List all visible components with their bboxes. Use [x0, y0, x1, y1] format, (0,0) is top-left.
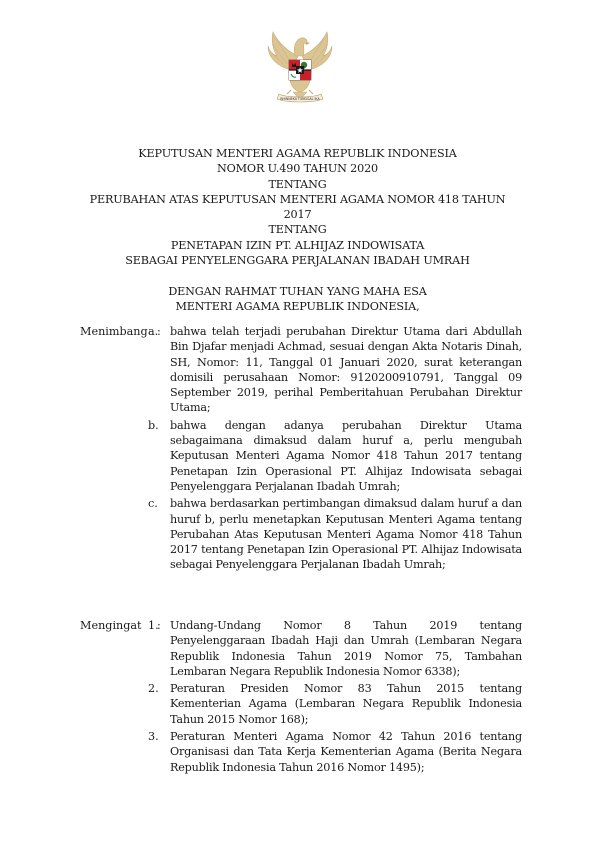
opening-line: MENTERI AGAMA REPUBLIK INDONESIA, — [60, 299, 535, 314]
item-marker: b. — [148, 418, 159, 433]
consideration-item: a. bahwa telah terjadi perubahan Direktu… — [170, 324, 522, 416]
consideration-item: c. bahwa berdasarkan pertimbangan dimaks… — [170, 496, 522, 572]
item-text: bahwa dengan adanya perubahan Direktur U… — [170, 418, 522, 494]
section-label: Mengingat — [80, 618, 142, 633]
title-line: NOMOR U.490 TAHUN 2020 — [60, 161, 535, 176]
opening-line: DENGAN RAHMAT TUHAN YANG MAHA ESA — [60, 284, 535, 299]
title-line: PENETAPAN IZIN PT. ALHIJAZ INDOWISATA — [60, 238, 535, 253]
title-line: SEBAGAI PENYELENGGARA PERJALANAN IBADAH … — [60, 253, 535, 268]
svg-text:BHINNEKA TUNGGAL IKA: BHINNEKA TUNGGAL IKA — [280, 97, 320, 101]
legal-basis-item: 3. Peraturan Menteri Agama Nomor 42 Tahu… — [170, 729, 522, 775]
section-label: Menimbang — [80, 324, 148, 339]
legal-basis-item: 1. Undang-Undang Nomor 8 Tahun 2019 tent… — [170, 618, 522, 679]
item-marker: 1. — [148, 618, 159, 633]
item-text: bahwa berdasarkan pertimbangan dimaksud … — [170, 496, 522, 572]
consideration-item: b. bahwa dengan adanya perubahan Direktu… — [170, 418, 522, 494]
item-marker: a. — [148, 324, 158, 339]
title-line: KEPUTUSAN MENTERI AGAMA REPUBLIK INDONES… — [60, 146, 535, 161]
item-marker: 2. — [148, 681, 159, 696]
section-mengingat: Mengingat : 1. Undang-Undang Nomor 8 Tah… — [80, 618, 522, 777]
title-line: 2017 — [60, 207, 535, 222]
item-marker: c. — [148, 496, 158, 511]
title-line: TENTANG — [60, 222, 535, 237]
item-text: bahwa telah terjadi perubahan Direktur U… — [170, 324, 522, 416]
item-text: Undang-Undang Nomor 8 Tahun 2019 tentang… — [170, 618, 522, 679]
item-marker: 3. — [148, 729, 159, 744]
title-line: TENTANG — [60, 177, 535, 192]
garuda-pancasila-emblem-icon: BHINNEKA TUNGGAL IKA — [265, 26, 335, 108]
item-text: Peraturan Menteri Agama Nomor 42 Tahun 2… — [170, 729, 522, 775]
section-menimbang: Menimbang : a. bahwa telah terjadi perub… — [80, 324, 522, 575]
opening-formula: DENGAN RAHMAT TUHAN YANG MAHA ESA MENTER… — [60, 284, 535, 315]
legal-basis-item: 2. Peraturan Presiden Nomor 83 Tahun 201… — [170, 681, 522, 727]
decree-title: KEPUTUSAN MENTERI AGAMA REPUBLIK INDONES… — [60, 146, 535, 268]
title-line: PERUBAHAN ATAS KEPUTUSAN MENTERI AGAMA N… — [60, 192, 535, 207]
item-text: Peraturan Presiden Nomor 83 Tahun 2015 t… — [170, 681, 522, 727]
